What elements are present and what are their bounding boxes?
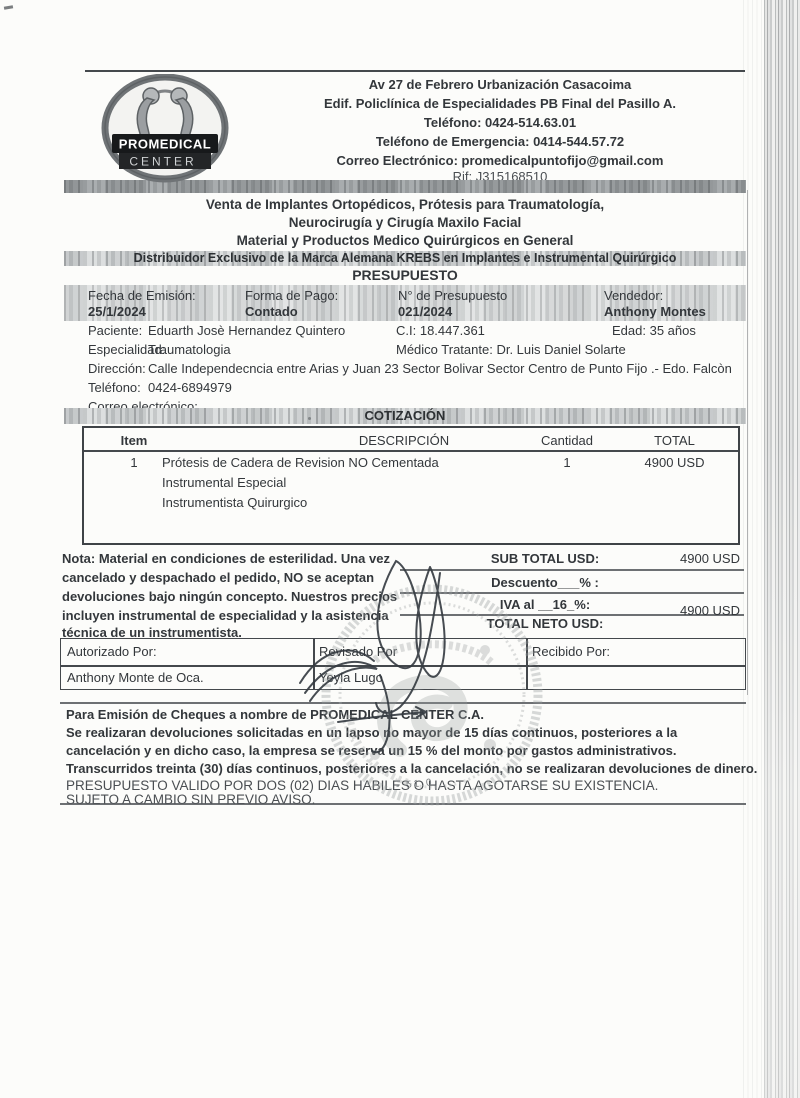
autorizado-name: Anthony Monte de Oca.: [67, 669, 204, 686]
paciente-value: Eduarth Josè Hernandez Quintero: [148, 322, 345, 339]
signature-col-divider: [313, 639, 315, 689]
footer-line: Se realizaran devoluciones solicitadas e…: [66, 724, 677, 741]
distributor-bar: Distribuidor Exclusivo de la Marca Alema…: [64, 251, 746, 266]
header-email: Correo Electrónico: promedicalpuntofijo@…: [250, 152, 750, 169]
medico-tratante-value: Médico Tratante: Dr. Luis Daniel Solarte: [396, 341, 626, 358]
business-line: Venta de Implantes Ortopédicos, Prótesis…: [64, 196, 746, 213]
row-total: 4900 USD: [617, 454, 732, 471]
logo-text-center: CENTER: [129, 155, 196, 169]
signature-row-divider: [61, 665, 745, 667]
logo-text-promedical: PROMEDICAL: [119, 137, 211, 152]
footer-line: cancelación y en dicho caso, la empresa …: [66, 742, 677, 759]
header-address-line: Av 27 de Febrero Urbanización Casacoima: [250, 76, 750, 93]
paciente-label: Paciente:: [88, 322, 142, 339]
header-address-line: Edif. Policlínica de Especialidades PB F…: [250, 95, 750, 112]
cotizacion-table: Item DESCRIPCIÓN Cantidad TOTAL 1 Prótes…: [82, 426, 740, 545]
revisado-name: Yeyla Lugo: [319, 669, 383, 686]
signature-col-divider: [526, 639, 528, 689]
page-fold-line: [747, 190, 748, 695]
nota-line: Nota: Material en condiciones de esteril…: [62, 550, 390, 567]
numero-presupuesto-label: N° de Presupuesto: [398, 287, 507, 304]
business-line: Material y Productos Medico Quirúrgicos …: [64, 232, 746, 249]
header-phone: Teléfono: 0424-514.63.01: [250, 114, 750, 131]
telefono-value: 0424-6894979: [148, 379, 232, 396]
col-header-item: Item: [84, 432, 184, 449]
footer-line: Para Emisión de Cheques a nombre de PROM…: [66, 706, 484, 723]
totals-rule: [400, 592, 744, 594]
edad-value: Edad: 35 años: [612, 322, 696, 339]
direccion-value: Calle Independecncia entre Arias y Juan …: [148, 360, 732, 377]
footer-line: Transcurridos treinta (30) días continuo…: [66, 760, 757, 777]
promedical-logo: PROMEDICAL CENTER: [100, 74, 230, 186]
direccion-label: Dirección:: [88, 360, 146, 377]
especialidad-value: Traumatologia: [148, 341, 231, 358]
forma-pago-label: Forma de Pago:: [245, 287, 338, 304]
subtotal-value: 4900 USD: [640, 550, 740, 567]
numero-presupuesto-value: 021/2024: [398, 303, 452, 320]
col-header-cantidad: Cantidad: [507, 432, 627, 449]
recibido-label: Recibido Por:: [532, 643, 610, 660]
scanned-presupuesto-document: PROMEDICAL CENTER Av 27 de Febrero Urban…: [0, 0, 800, 1098]
scan-corner-mark: [4, 5, 13, 10]
cotizacion-title: COTIZACIÓN: [64, 408, 746, 424]
revisado-label: Revisado Por: [319, 643, 397, 660]
hip-implants-logo-icon: PROMEDICAL CENTER: [100, 74, 230, 186]
telefono-label: Teléfono:: [88, 379, 141, 396]
signature-table: Autorizado Por: Revisado Por Recibido Po…: [60, 638, 746, 690]
fecha-emision-label: Fecha de Emisión:: [88, 287, 196, 304]
footer-top-rule: [60, 702, 746, 704]
forma-pago-value: Contado: [245, 303, 298, 320]
col-header-total: TOTAL: [617, 432, 732, 449]
totals-rule: [400, 569, 744, 571]
nota-line: cancelado y despachado el pedido, NO se …: [62, 569, 374, 586]
vendedor-value: Anthony Montes: [604, 303, 706, 320]
nota-line: devoluciones bajo ningún concepto. Nuest…: [62, 588, 397, 605]
descuento-label: Descuento___% :: [400, 574, 690, 591]
ci-value: C.I: 18.447.361: [396, 322, 485, 339]
header-emergency-phone: Teléfono de Emergencia: 0414-544.57.72: [250, 133, 750, 150]
scan-dot: [308, 417, 311, 420]
nota-line: incluyen instrumental de especialidad y …: [62, 607, 389, 624]
row-description-line: Instrumentista Quirurgico: [162, 494, 307, 511]
autorizado-label: Autorizado Por:: [67, 643, 157, 660]
document-title: PRESUPUESTO: [64, 267, 746, 284]
footer-line: SUJETO A CAMBIO SIN PREVIO AVISO.: [66, 791, 315, 808]
row-description-line: Prótesis de Cadera de Revision NO Cement…: [162, 454, 439, 471]
row-cantidad: 1: [507, 454, 627, 471]
total-neto-label: TOTAL NETO USD:: [400, 615, 690, 632]
row-description-line: Instrumental Especial: [162, 474, 286, 491]
table-header-rule: [84, 450, 738, 452]
footer-bottom-rule: [60, 803, 746, 805]
scan-edge-band: [764, 0, 800, 1098]
cotizacion-bar: COTIZACIÓN: [64, 408, 746, 424]
fecha-emision-value: 25/1/2024: [88, 303, 146, 320]
distributor-text: Distribuidor Exclusivo de la Marca Alema…: [64, 251, 746, 266]
header-top-rule: [85, 70, 745, 72]
vendedor-label: Vendedor:: [604, 287, 663, 304]
business-line: Neurocirugía y Cirugía Maxilo Facial: [64, 214, 746, 231]
